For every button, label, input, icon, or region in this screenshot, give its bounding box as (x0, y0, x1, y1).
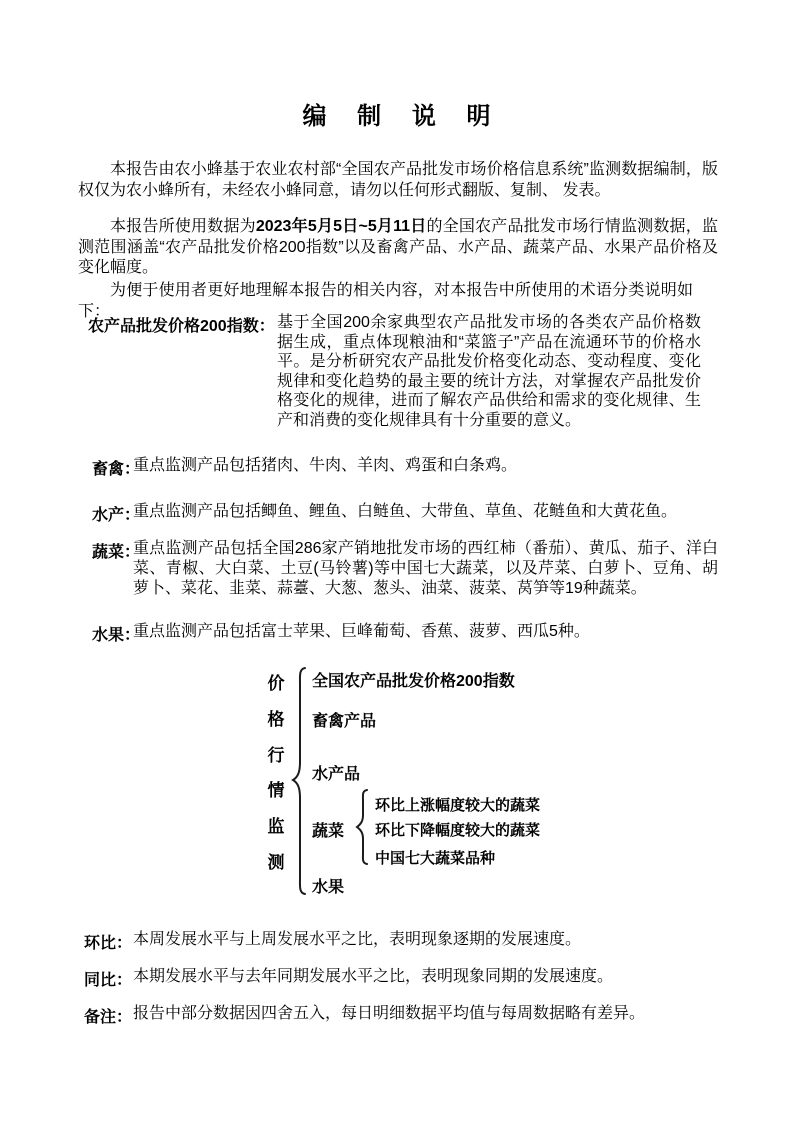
p2-date-range: 2023年5月5日~5月11日 (256, 218, 427, 235)
root-char-2: 格 (265, 702, 287, 738)
root-char-5: 监 (265, 809, 287, 845)
diagram-subitem-seven-vegetables: 中国七大蔬菜品种 (375, 847, 495, 868)
price-monitoring-diagram: 价 格 行 情 监 测 全国农产品批发价格200指数 畜禽产品 水产品 蔬菜 水… (263, 666, 563, 898)
diagram-subitem-rising-vegetables: 环比上涨幅度较大的蔬菜 (375, 794, 540, 815)
root-char-1: 价 (265, 666, 287, 702)
term-aquatic-text: 重点监测产品包括鲫鱼、鲤鱼、白鲢鱼、大带鱼、草鱼、花鲢鱼和大黄花鱼。 (133, 502, 718, 522)
diagram-item-index200: 全国农产品批发价格200指数 (312, 668, 515, 691)
note-remark-label: 备注： (84, 1004, 132, 1027)
report-page: 编 制 说 明 本报告由农小蜂基于农业农村部“全国农产品批发市场价格信息系统”监… (0, 0, 793, 1122)
note-week-on-week-label: 环比： (84, 930, 132, 953)
term-price-index-text: 基于全国200余家典型农产品批发市场的各类农产品价格数据生成，重点体现粮油和“菜… (277, 313, 701, 430)
root-char-3: 行 (265, 738, 287, 774)
intro-paragraph-1: 本报告由农小蜂基于农业农村部“全国农产品批发市场价格信息系统”监测数据编制，版权… (78, 160, 718, 201)
root-char-4: 情 (265, 773, 287, 809)
diagram-item-aquatic: 水产品 (312, 761, 360, 784)
diagram-item-fruit: 水果 (312, 874, 344, 897)
diagram-root-label: 价 格 行 情 监 测 (265, 666, 287, 881)
diagram-item-livestock: 畜禽产品 (312, 708, 376, 731)
vegetable-brace-icon (355, 789, 369, 865)
note-remark-text: 报告中部分数据因四舍五入，每日明细数据平均值与每周数据略有差异。 (133, 1004, 645, 1024)
root-brace-icon (291, 666, 307, 896)
term-fruit-text: 重点监测产品包括富士苹果、巨峰葡萄、香蕉、菠萝、西瓜5种。 (133, 622, 718, 642)
p2-prefix: 本报告所使用数据为 (110, 218, 256, 235)
diagram-subitem-falling-vegetables: 环比下降幅度较大的蔬菜 (375, 819, 540, 840)
term-price-index-label: 农产品批发价格200指数： (88, 313, 275, 336)
note-year-on-year-text: 本期发展水平与去年同期发展水平之比，表明现象同期的发展速度。 (133, 967, 613, 987)
note-year-on-year-label: 同比： (84, 967, 132, 990)
term-livestock-text: 重点监测产品包括猪肉、牛肉、羊肉、鸡蛋和白条鸡。 (133, 456, 718, 476)
page-title: 编 制 说 明 (0, 96, 793, 131)
intro-paragraph-2: 本报告所使用数据为2023年5月5日~5月11日的全国农产品批发市场行情监测数据… (78, 217, 718, 279)
note-week-on-week-text: 本周发展水平与上周发展水平之比，表明现象逐期的发展速度。 (133, 930, 581, 950)
diagram-item-vegetable: 蔬菜 (312, 818, 344, 841)
root-char-6: 测 (265, 845, 287, 881)
term-vegetable-text: 重点监测产品包括全国286家产销地批发市场的西红柿（番茄）、黄瓜、茄子、洋白菜、… (133, 539, 718, 599)
